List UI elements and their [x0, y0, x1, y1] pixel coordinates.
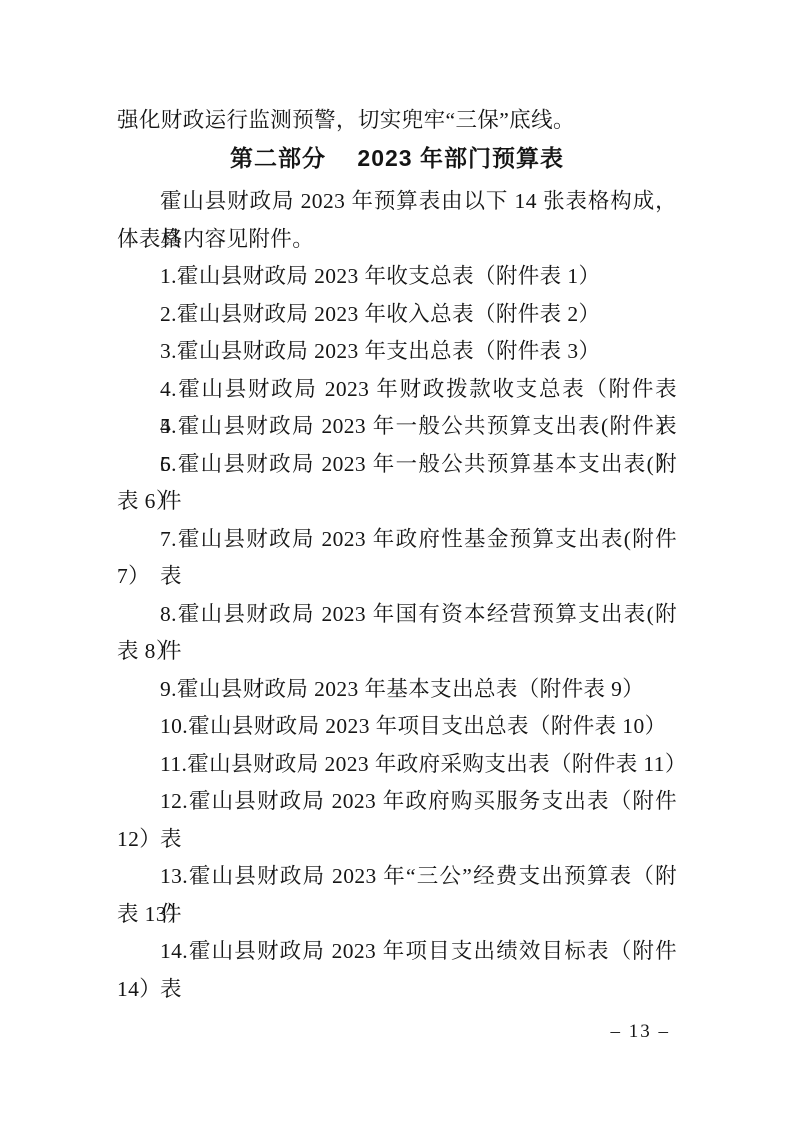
list-item-6: 6.霍山县财政局 2023 年一般公共预算基本支出表(附件	[117, 446, 677, 484]
list-item-13-cont: 表 13）	[117, 896, 677, 934]
document-body: 强化财政运行监测预警，切实兜牢“三保”底线。第二部分 2023 年部门预算表霍山…	[117, 102, 677, 1008]
list-item-1: 1.霍山县财政局 2023 年收支总表（附件表 1）	[117, 258, 677, 296]
list-item-14: 14.霍山县财政局 2023 年项目支出绩效目标表（附件表	[117, 933, 677, 971]
list-item-14-cont: 14）	[117, 971, 677, 1009]
list-item-7: 7.霍山县财政局 2023 年政府性基金预算支出表(附件表	[117, 521, 677, 559]
list-item-9: 9.霍山县财政局 2023 年基本支出总表（附件表 9）	[117, 671, 677, 709]
page-number: – 13 –	[117, 1019, 670, 1045]
list-item-12: 12.霍山县财政局 2023 年政府购买服务支出表（附件表	[117, 783, 677, 821]
list-item-5: 5.霍山县财政局 2023 年一般公共预算支出表(附件表 5）	[117, 408, 677, 446]
list-item-13: 13.霍山县财政局 2023 年“三公”经费支出预算表（附件	[117, 858, 677, 896]
list-item-6-cont: 表 6）	[117, 483, 677, 521]
list-item-11: 11.霍山县财政局 2023 年政府采购支出表（附件表 11）	[117, 746, 677, 784]
list-item-8-cont: 表 8）	[117, 633, 677, 671]
paragraph-line-1: 霍山县财政局 2023 年预算表由以下 14 张表格构成，具	[117, 183, 677, 221]
list-item-7-cont: 7）	[117, 558, 677, 596]
section-heading: 第二部分 2023 年部门预算表	[117, 140, 677, 178]
list-item-12-cont: 12）	[117, 821, 677, 859]
intro-line: 强化财政运行监测预警，切实兜牢“三保”底线。	[117, 102, 677, 140]
list-item-4: 4.霍山县财政局 2023 年财政拨款收支总表（附件表 4）	[117, 371, 677, 409]
document-page: 强化财政运行监测预警，切实兜牢“三保”底线。第二部分 2023 年部门预算表霍山…	[0, 0, 793, 1122]
list-item-8: 8.霍山县财政局 2023 年国有资本经营预算支出表(附件	[117, 596, 677, 634]
list-item-3: 3.霍山县财政局 2023 年支出总表（附件表 3）	[117, 333, 677, 371]
list-item-2: 2.霍山县财政局 2023 年收入总表（附件表 2）	[117, 296, 677, 334]
list-item-10: 10.霍山县财政局 2023 年项目支出总表（附件表 10）	[117, 708, 677, 746]
paragraph-line-2: 体表格内容见附件。	[117, 221, 677, 259]
